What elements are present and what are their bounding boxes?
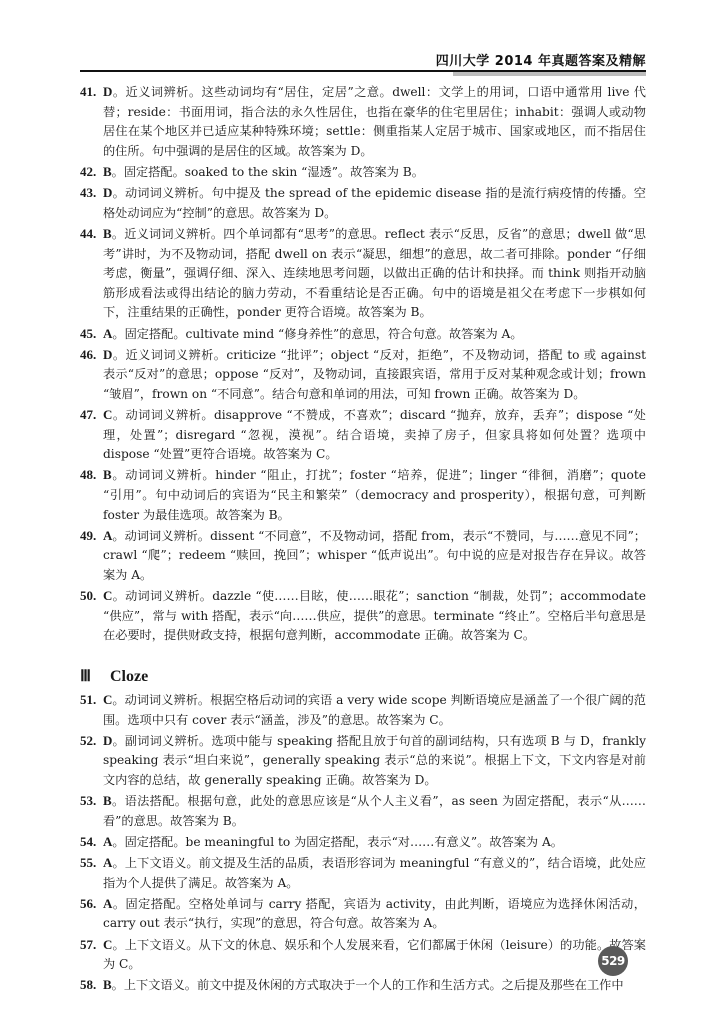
vocabulary-answers: 41. D。近义词辨析。这些动词均有“居住，定居”之意。dwell：文学上的用词… [80,82,646,646]
section-title: Cloze [110,668,148,685]
question-number: 57. [80,935,96,955]
question-number: 48. [80,465,96,485]
answer-letter: D [103,185,112,200]
answer-entry: 42. B。固定搭配。soaked to the skin “湿透”。故答案为 … [80,162,646,183]
answer-letter: C [103,692,112,707]
answer-entry: 55. A。上下文语义。前文提及生活的品质，表语形容词为 meaningful … [80,853,646,893]
explanation-text: 。动词词义辨析。hinder “阻止，打扰”；foster “培养，促进”；li… [103,468,646,521]
answer-entry: 51. C。动词词义辨析。根据空格后动词的宾语 a very wide scop… [80,690,646,730]
explanation-text: 。动词词义辨析。根据空格后动词的宾语 a very wide scope 判断语… [103,693,646,727]
answer-letter: D [103,84,112,99]
question-number: 53. [80,791,96,811]
question-number: 46. [80,345,96,365]
question-number: 49. [80,526,96,546]
question-number: 51. [80,690,96,710]
header-shade-bar [453,72,646,76]
answer-entry: 50. C。动词词义辨析。dazzle “使……目眩，使……眼花”；sancti… [80,586,646,646]
explanation-text: 。动词词义辨析。disapprove “不赞成，不喜欢”；discard “抛弃… [103,408,646,461]
answer-entry: 46. D。近义词词义辨析。criticize “批评”；object “反对，… [80,345,646,405]
explanation-text: 。上下文语义。从下文的休息、娱乐和个人发展来看，它们都属于休闲（leisure）… [103,938,646,972]
question-number: 50. [80,586,96,606]
explanation-text: 。动词词义辨析。dazzle “使……目眩，使……眼花”；sanction “制… [103,589,646,642]
answer-letter: B [103,467,112,482]
answer-letter: A [103,896,112,911]
answer-letter: B [103,164,112,179]
answer-entry: 43. D。动词词义辨析。句中提及 the spread of the epid… [80,183,646,223]
running-header-title: 四川大学 2014 年真题答案及精解 [436,50,646,69]
answer-letter: B [103,793,112,808]
explanation-text: 。近义词辨析。这些动词均有“居住，定居”之意。dwell：文学上的用词，口语中通… [103,85,646,158]
answer-entry: 53. B。语法搭配。根据句意，此处的意思应该是“从个人主义看”，as seen… [80,791,646,831]
answer-letter: C [103,407,112,422]
answer-letter: A [103,855,112,870]
answer-entry: 44. B。近义词词义辨析。四个单词都有“思考”的意思。reflect 表示“反… [80,224,646,323]
answer-entry: 41. D。近义词辨析。这些动词均有“居住，定居”之意。dwell：文学上的用词… [80,82,646,161]
answer-letter: A [103,834,112,849]
answer-explanations: 41. D。近义词辨析。这些动词均有“居住，定居”之意。dwell：文学上的用词… [80,82,646,997]
answer-entry: 56. A。固定搭配。空格处单词与 carry 搭配，宾语为 activity，… [80,894,646,934]
explanation-text: 。近义词词义辨析。四个单词都有“思考”的意思。reflect 表示“反思，反省”… [103,227,646,319]
answer-entry: 57. C。上下文语义。从下文的休息、娱乐和个人发展来看，它们都属于休闲（lei… [80,935,646,975]
section-heading-cloze: Ⅲ Cloze [80,666,646,688]
answer-letter: C [103,937,112,952]
answer-entry: 52. D。副词词义辨析。选项中能与 speaking 搭配且放于句首的副词结构… [80,731,646,791]
answer-letter: D [103,347,112,362]
answer-entry: 45. A。固定搭配。cultivate mind “修身养性”的意思，符合句意… [80,324,646,345]
question-number: 45. [80,324,96,344]
page-header: 四川大学 2014 年真题答案及精解 [80,50,646,76]
question-number: 56. [80,894,96,914]
answer-letter: C [103,588,112,603]
answer-entry: 54. A。固定搭配。be meaningful to 为固定搭配，表示“对……… [80,832,646,853]
explanation-text: 。固定搭配。空格处单词与 carry 搭配，宾语为 activity，由此判断，… [103,897,646,931]
explanation-text: 。动词词义辨析。句中提及 the spread of the epidemic … [103,186,646,220]
question-number: 55. [80,853,96,873]
explanation-text: 。副词词义辨析。选项中能与 speaking 搭配且放于句首的副词结构，只有选项… [103,734,646,787]
explanation-text: 。固定搭配。cultivate mind “修身养性”的意思，符合句意。故答案为… [112,327,522,341]
explanation-text: 。语法搭配。根据句意，此处的意思应该是“从个人主义看”，as seen 为固定搭… [103,794,646,828]
cloze-answers: 51. C。动词词义辨析。根据空格后动词的宾语 a very wide scop… [80,690,646,996]
question-number: 52. [80,731,96,751]
explanation-text: 。上下文语义。前文提及生活的品质，表语形容词为 meaningful “有意义的… [103,856,646,890]
answer-letter: B [103,226,112,241]
question-number: 47. [80,405,96,425]
answer-entry: 48. B。动词词义辨析。hinder “阻止，打扰”；foster “培养，促… [80,465,646,525]
question-number: 42. [80,162,96,182]
question-number: 43. [80,183,96,203]
answer-letter: A [103,528,112,543]
explanation-text: 。上下文语义。前文中提及休闲的方式取决于一个人的工作和生活方式。之后提及那些在工… [112,978,624,992]
answer-entry: 58. B。上下文语义。前文中提及休闲的方式取决于一个人的工作和生活方式。之后提… [80,975,646,996]
question-number: 44. [80,224,96,244]
answer-letter: A [103,326,112,341]
question-number: 54. [80,832,96,852]
question-number: 58. [80,975,96,995]
answer-letter: D [103,733,112,748]
explanation-text: 。动词词义辨析。dissent “不同意”，不及物动词，搭配 from，表示“不… [103,529,646,582]
answer-entry: 47. C。动词词义辨析。disapprove “不赞成，不喜欢”；discar… [80,405,646,465]
explanation-text: 。固定搭配。soaked to the skin “湿透”。故答案为 B。 [112,165,424,179]
answer-letter: B [103,977,112,992]
section-number: Ⅲ [80,666,106,688]
answer-entry: 49. A。动词词义辨析。dissent “不同意”，不及物动词，搭配 from… [80,526,646,586]
explanation-text: 。固定搭配。be meaningful to 为固定搭配，表示“对……有意义”。… [112,835,563,849]
question-number: 41. [80,82,96,102]
explanation-text: 。近义词词义辨析。criticize “批评”；object “反对，拒绝”，不… [103,348,646,401]
page-number-badge: 529 [598,946,628,976]
